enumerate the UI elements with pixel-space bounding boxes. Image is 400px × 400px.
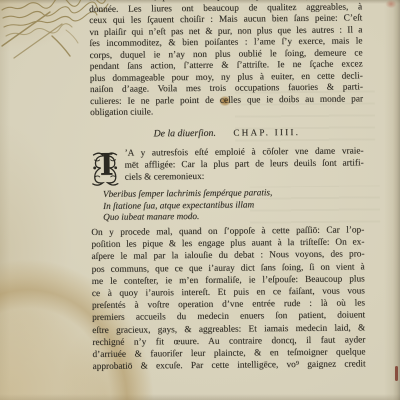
- paragraph-end-of-chapter-3: ſorte de meuble, pour m’en tapiſſer & pa…: [89, 0, 363, 120]
- chapter-number: CHAP. IIII.: [233, 127, 300, 138]
- text-line: obligation ciuile.: [90, 106, 363, 120]
- paragraph-body-text: On y procede mal, quand on ſ’oppoſe à ce…: [91, 224, 365, 373]
- ornamental-initial: I: [91, 151, 120, 186]
- verse-line: Quo iubeat manare modo.: [103, 210, 364, 224]
- text-line: ciels & ceremonieux:: [91, 170, 364, 184]
- chapter-title: De la diuerſion.: [154, 128, 216, 140]
- latin-verse-quotation: Vberibus ſemper lachrimis ſempérque para…: [103, 187, 364, 224]
- drop-cap-letter: I: [99, 148, 113, 183]
- page-edge-mark: [395, 366, 398, 381]
- text-line: approbatiō & excuſe. Par cette intelligē…: [93, 359, 366, 374]
- book-page-scan: ſorte de meuble, pour m’en tapiſſer & pa…: [0, 0, 400, 400]
- paragraph-chapter-4-opening: I ’A y autresfois eſté emploié à cōſoler…: [90, 146, 363, 184]
- printed-text-block: ſorte de meuble, pour m’en tapiſſer & pa…: [89, 0, 366, 373]
- chapter-heading: De la diuerſion. CHAP. IIII.: [90, 126, 363, 142]
